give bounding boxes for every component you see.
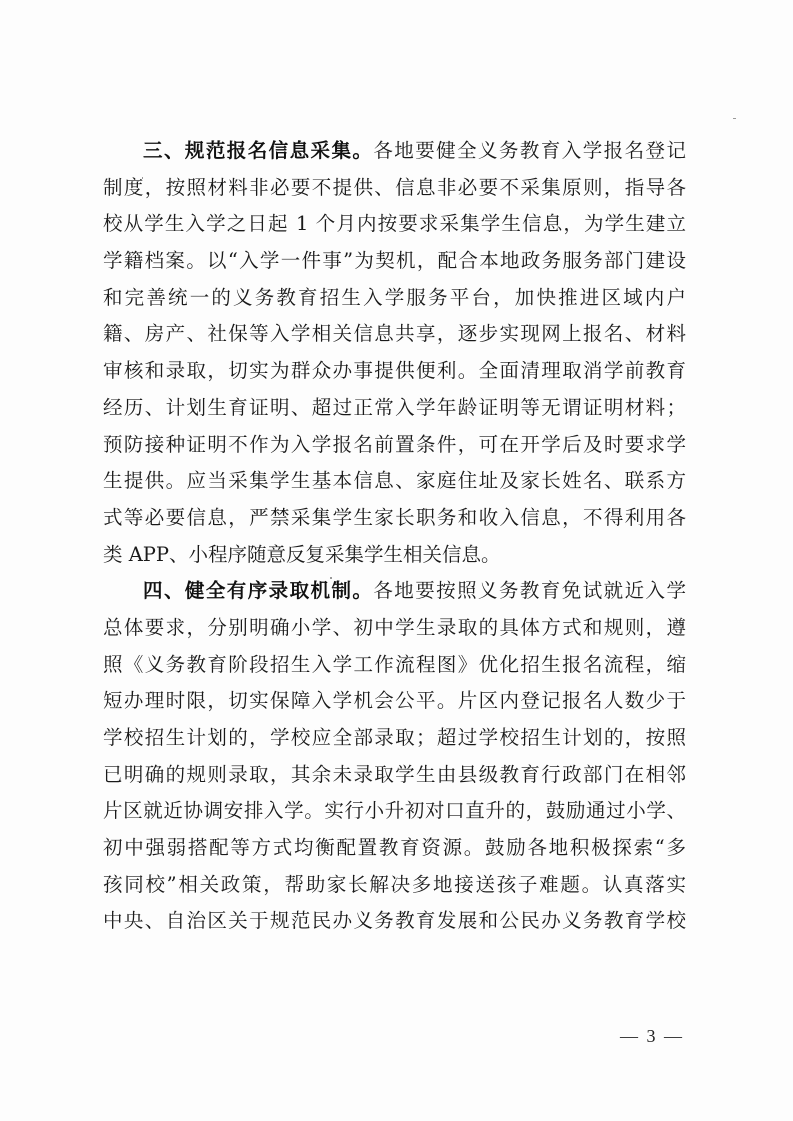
paragraph-line: 短办理时限，切实保障入学机会公平。片区内登记报名人数少于 (103, 683, 686, 720)
paragraph-line: 三、规范报名信息采集。各地要健全义务教育入学报名登记 (103, 133, 686, 170)
paragraph-line: 中央、自治区关于规范民办义务教育发展和公民办义务教育学校 (103, 903, 686, 940)
paragraph-line: 生提供。应当采集学生基本信息、家庭住址及家长姓名、联系方 (103, 463, 686, 500)
paragraph-line: 初中强弱搭配等方式均衡配置教育资源。鼓励各地积极探索“多 (103, 830, 686, 867)
paragraph-line: 类 APP、小程序随意反复采集学生相关信息。 (103, 537, 686, 574)
paragraph-line: 照《义务教育阶段招生入学工作流程图》优化招生报名流程，缩 (103, 647, 686, 684)
paragraph-line: 学校招生计划的，学校应全部录取；超过学校招生计划的，按照 (103, 720, 686, 757)
section-heading: 四、健全有序录取机制。 (143, 579, 373, 602)
paragraph-line: 孩同校”相关政策，帮助家长解决多地接送孩子难题。认真落实 (103, 867, 686, 904)
paragraph-line: 和完善统一的义务教育招生入学服务平台，加快推进区域内户 (103, 280, 686, 317)
paragraph-line: 制度，按照材料非必要不提供、信息非必要不采集原则，指导各 (103, 170, 686, 207)
paragraph-line: 四、健全有序录取机制。各地要按照义务教育免试就近入学 (103, 573, 686, 610)
document-page: 三、规范报名信息采集。各地要健全义务教育入学报名登记 制度，按照材料非必要不提供… (0, 0, 793, 1121)
paragraph-line: 已明确的规则录取，其余未录取学生由县级教育行政部门在相邻 (103, 757, 686, 794)
paragraph-line: 校从学生入学之日起 1 个月内按要求采集学生信息，为学生建立 (103, 206, 686, 243)
paragraph-line: 审核和录取，切实为群众办事提供便利。全面清理取消学前教育 (103, 353, 686, 390)
paragraph-line: 经历、计划生育证明、超过正常入学年龄证明等无谓证明材料； (103, 390, 686, 427)
section-heading: 三、规范报名信息采集。 (143, 139, 373, 162)
paragraph-line: 预防接种证明不作为入学报名前置条件，可在开学后及时要求学 (103, 427, 686, 464)
page-number: — 3 — (620, 1026, 684, 1047)
document-body: 三、规范报名信息采集。各地要健全义务教育入学报名登记 制度，按照材料非必要不提供… (103, 133, 686, 940)
paragraph-line: 式等必要信息，严禁采集学生家长职务和收入信息，不得利用各 (103, 500, 686, 537)
scan-speck (733, 118, 736, 119)
paragraph-line: 学籍档案。以“入学一件事”为契机，配合本地政务服务部门建设 (103, 243, 686, 280)
section-3: 三、规范报名信息采集。各地要健全义务教育入学报名登记 制度，按照材料非必要不提供… (103, 133, 686, 573)
paragraph-line: 总体要求，分别明确小学、初中学生录取的具体方式和规则，遵 (103, 610, 686, 647)
paragraph-line: 籍、房产、社保等入学相关信息共享，逐步实现网上报名、材料 (103, 316, 686, 353)
paragraph-line: 片区就近协调安排入学。实行小升初对口直升的，鼓励通过小学、 (103, 793, 686, 830)
section-4: 四、健全有序录取机制。各地要按照义务教育免试就近入学 总体要求，分别明确小学、初… (103, 573, 686, 940)
